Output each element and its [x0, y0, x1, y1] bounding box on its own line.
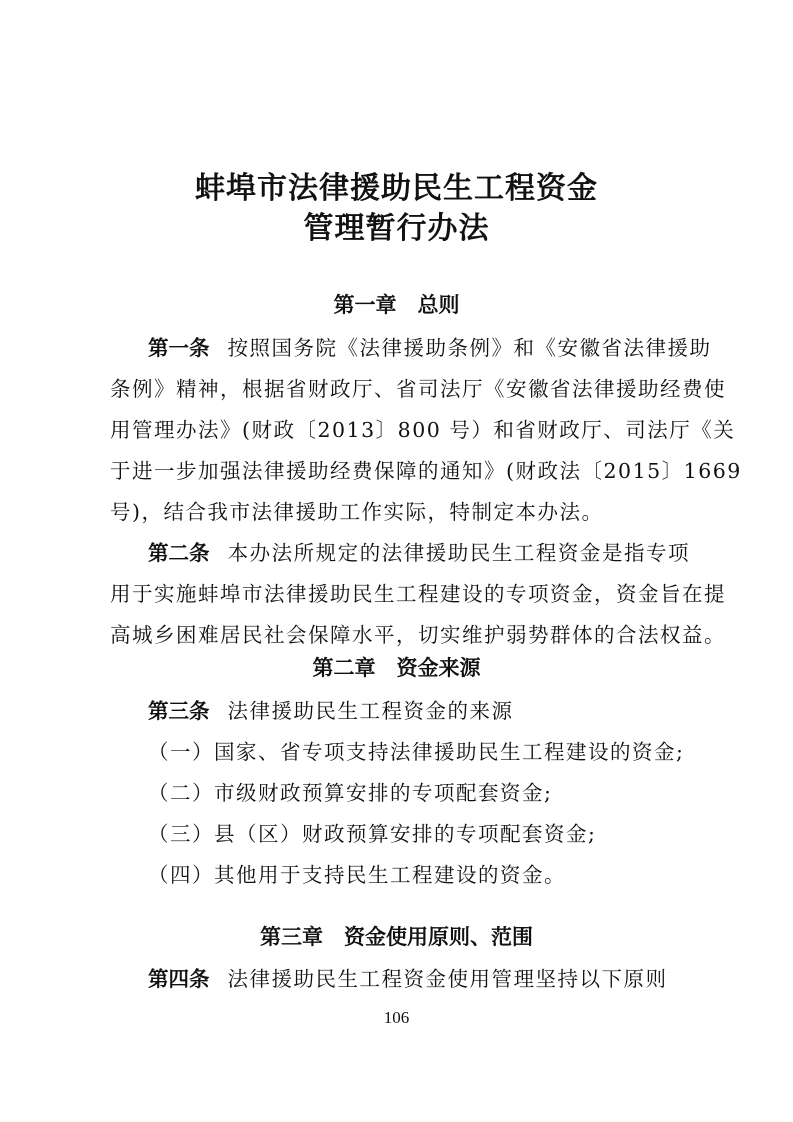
article-2-line-3: 高城乡困难居民社会保障水平，切实维护弱势群体的合法权益。 [110, 618, 690, 648]
article-2-label: 第二条 [148, 541, 210, 565]
article-2-line-1: 第二条本办法所规定的法律援助民生工程资金是指专项 [148, 536, 690, 566]
article-3-line-1: 第三条法律援助民生工程资金的来源 [148, 694, 728, 724]
chapter-3-heading: 第三章 资金使用原则、范围 [0, 921, 793, 951]
article-4-line-1: 第四条法律援助民生工程资金使用管理坚持以下原则 [148, 962, 728, 992]
article-3-label: 第三条 [148, 699, 210, 723]
article-1-text: 按照国务院《法律援助条例》和《安徽省法律援助 [228, 336, 712, 360]
source-item-3: （三）县（区）财政预算安排的专项配套资金; [148, 817, 728, 847]
article-1-line-2: 条例》精神，根据省财政厅、省司法厅《安徽省法律援助经费使 [110, 372, 690, 402]
document-page: 蚌埠市法律援助民生工程资金 管理暂行办法 第一章 总则 第一条按照国务院《法律援… [0, 0, 793, 1122]
chapter-2-heading: 第二章 资金来源 [0, 652, 793, 682]
page-number: 106 [0, 1008, 793, 1028]
article-1-line-1: 第一条按照国务院《法律援助条例》和《安徽省法律援助 [148, 331, 690, 361]
article-4-text: 法律援助民生工程资金使用管理坚持以下原则 [228, 967, 668, 991]
article-2-text: 本办法所规定的法律援助民生工程资金是指专项 [228, 541, 690, 565]
article-1-line-4: 于进一步加强法律援助经费保障的通知》(财政法〔2015〕1669 [110, 454, 690, 484]
document-title-line-2: 管理暂行办法 [0, 203, 793, 247]
article-3-text: 法律援助民生工程资金的来源 [228, 699, 514, 723]
source-item-2: （二）市级财政预算安排的专项配套资金; [148, 776, 728, 806]
source-item-4: （四）其他用于支持民生工程建设的资金。 [148, 858, 728, 888]
article-4-label: 第四条 [148, 967, 210, 991]
article-1-line-3: 用管理办法》(财政〔2013〕800 号）和省财政厅、司法厅《关 [110, 413, 690, 443]
chapter-1-heading: 第一章 总则 [0, 289, 793, 319]
document-title-line-1: 蚌埠市法律援助民生工程资金 [0, 163, 793, 207]
article-2-line-2: 用于实施蚌埠市法律援助民生工程建设的专项资金，资金旨在提 [110, 577, 690, 607]
article-1-label: 第一条 [148, 336, 210, 360]
source-item-1: （一）国家、省专项支持法律援助民生工程建设的资金; [148, 735, 728, 765]
article-1-line-5: 号)，结合我市法律援助工作实际，特制定本办法。 [110, 495, 690, 525]
